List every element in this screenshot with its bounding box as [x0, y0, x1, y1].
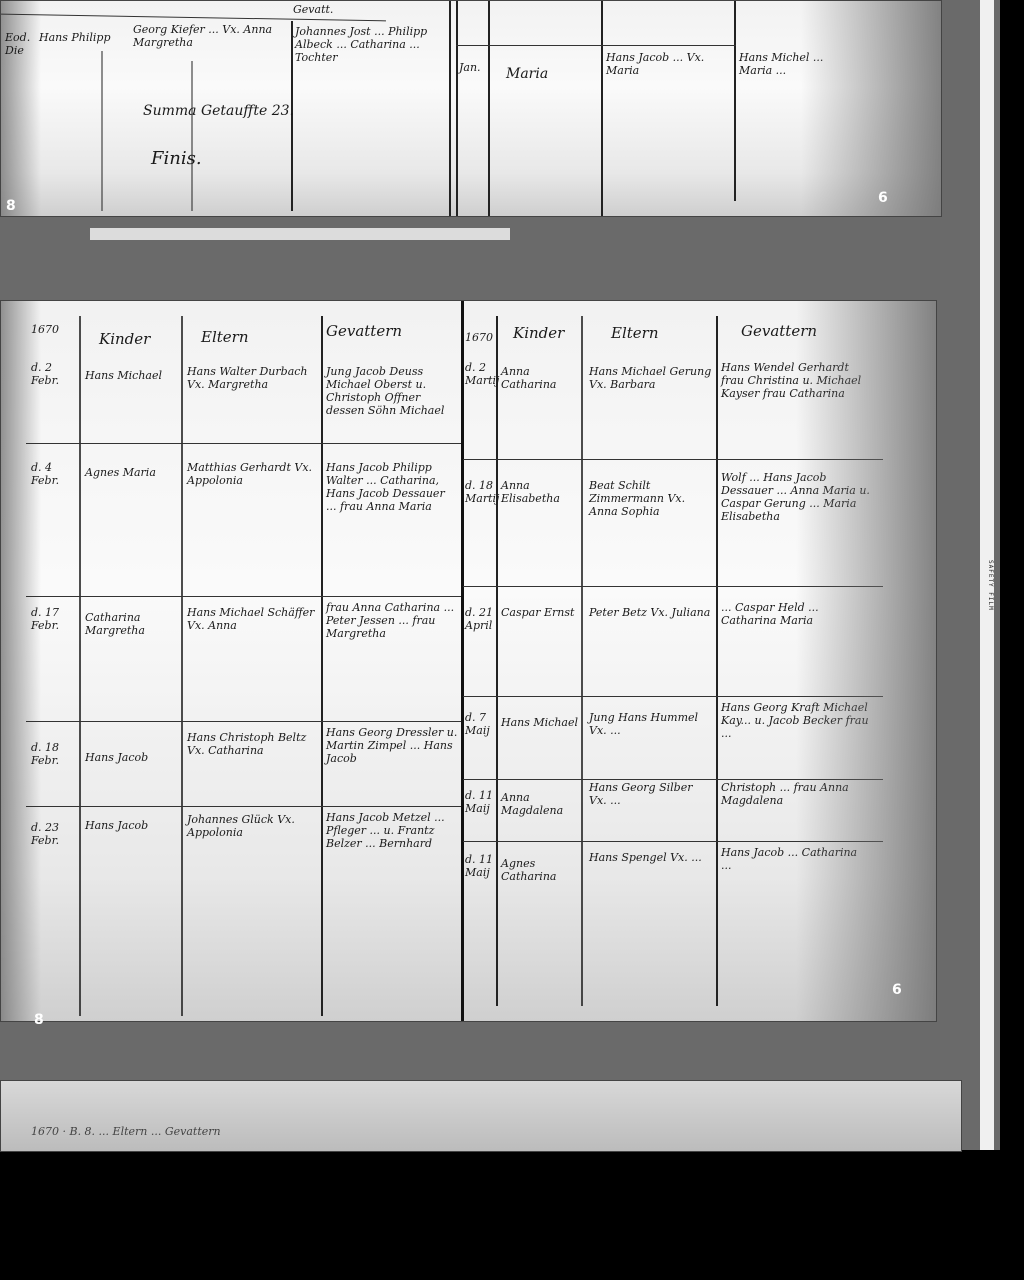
entry-parents: Hans Spengel Vx. ... — [589, 851, 713, 864]
entry-parents: Beat Schilt Zimmermann Vx. Anna Sophia — [589, 479, 713, 518]
finis-text: Finis. — [151, 151, 202, 167]
entry-godparents: frau Anna Catharina ... Peter Jessen ...… — [326, 601, 458, 640]
entry-child: Caspar Ernst — [501, 606, 579, 619]
top-right-entry-date: Jan. — [459, 61, 487, 74]
entry-child: Anna Magdalena — [501, 791, 579, 817]
entry-date: d. 17 Febr. — [31, 606, 76, 632]
right-year: 1670 — [465, 331, 493, 344]
entry-child: Anna Elisabetha — [501, 479, 579, 505]
entry-date: d. 7 Maij — [465, 711, 495, 737]
top-right-entry-child: Maria — [506, 66, 548, 82]
entry-child: Hans Jacob — [85, 819, 179, 832]
entry-date: d. 18 Martij — [465, 479, 495, 505]
entry-parents: Hans Michael Schäffer Vx. Anna — [187, 606, 317, 632]
entry-date: d. 2 Febr. — [31, 361, 76, 387]
top-entry-date: Eod. Die — [5, 31, 35, 57]
entry-parents: Hans Christoph Beltz Vx. Catharina — [187, 731, 317, 757]
entry-child: Hans Jacob — [85, 751, 179, 764]
entry-date: d. 11 Maij — [465, 789, 495, 815]
entry-parents: Jung Hans Hummel Vx. ... — [589, 711, 713, 737]
main-frame-number-right: 6 — [892, 982, 902, 998]
entry-date: d. 18 Febr. — [31, 741, 76, 767]
entry-parents: Johannes Glück Vx. Appolonia — [187, 813, 317, 839]
entry-parents: Hans Michael Gerung Vx. Barbara — [589, 365, 713, 391]
top-header-fragment: Gevatt. — [293, 3, 333, 16]
right-header-parents: Eltern — [611, 325, 658, 341]
film-edge-marking: SAFETY FILM — [980, 515, 994, 655]
entry-date: d. 2 Martij — [465, 361, 495, 387]
entry-godparents: Jung Jacob Deuss Michael Oberst u. Chris… — [326, 365, 458, 417]
entry-date: d. 11 Maij — [465, 853, 495, 879]
top-entry-godparents: Johannes Jost ... Philipp Albeck ... Cat… — [295, 25, 445, 64]
left-header-child: Kinder — [99, 331, 150, 347]
entry-date: d. 4 Febr. — [31, 461, 76, 487]
entry-child: Hans Michael — [85, 369, 179, 382]
left-header-godparents: Gevattern — [326, 323, 402, 339]
frame-number-left: 8 — [6, 198, 16, 214]
main-frame: 1670 Kinder Eltern Gevattern d. 2 Febr. … — [0, 300, 937, 1022]
summary-text: Summa Getauffte 23. — [143, 103, 294, 119]
entry-parents: Hans Walter Durbach Vx. Margretha — [187, 365, 317, 391]
top-entry-parents: Georg Kiefer ... Vx. Anna Margretha — [133, 23, 283, 49]
entry-child: Catharina Margretha — [85, 611, 179, 637]
left-header-parents: Eltern — [201, 329, 248, 345]
entry-parents: Peter Betz Vx. Juliana — [589, 606, 713, 619]
entry-godparents: Hans Jacob Metzel ... Pfleger ... u. Fra… — [326, 811, 458, 850]
frame-number-right: 6 — [878, 190, 888, 206]
top-entry-child: Hans Philipp — [39, 31, 129, 44]
microfilm-strip: Gevatt. Eod. Die Hans Philipp Georg Kief… — [0, 0, 1000, 1150]
left-year: 1670 — [31, 323, 59, 336]
entry-godparents: Hans Jacob Philipp Walter ... Catharina,… — [326, 461, 458, 513]
entry-parents: Matthias Gerhardt Vx. Appolonia — [187, 461, 317, 487]
entry-godparents: Hans Georg Dressler u. Martin Zimpel ...… — [326, 726, 458, 765]
entry-date: d. 21 April — [465, 606, 495, 632]
top-right-entry-parents: Hans Jacob ... Vx. Maria — [606, 51, 731, 77]
entry-date: d. 23 Febr. — [31, 821, 76, 847]
entry-child: Hans Michael — [501, 716, 579, 729]
right-header-child: Kinder — [513, 325, 564, 341]
top-frame: Gevatt. Eod. Die Hans Philipp Georg Kief… — [0, 0, 942, 217]
entry-parents: Hans Georg Silber Vx. ... — [589, 781, 713, 807]
bottom-fragment-text: 1670 · B. 8. ... Eltern ... Gevattern — [31, 1125, 221, 1138]
entry-child: Agnes Catharina — [501, 857, 579, 883]
main-frame-number-left: 8 — [34, 1012, 44, 1028]
entry-child: Agnes Maria — [85, 466, 179, 479]
entry-child: Anna Catharina — [501, 365, 579, 391]
bottom-frame-fragment: 1670 · B. 8. ... Eltern ... Gevattern — [0, 1080, 962, 1152]
